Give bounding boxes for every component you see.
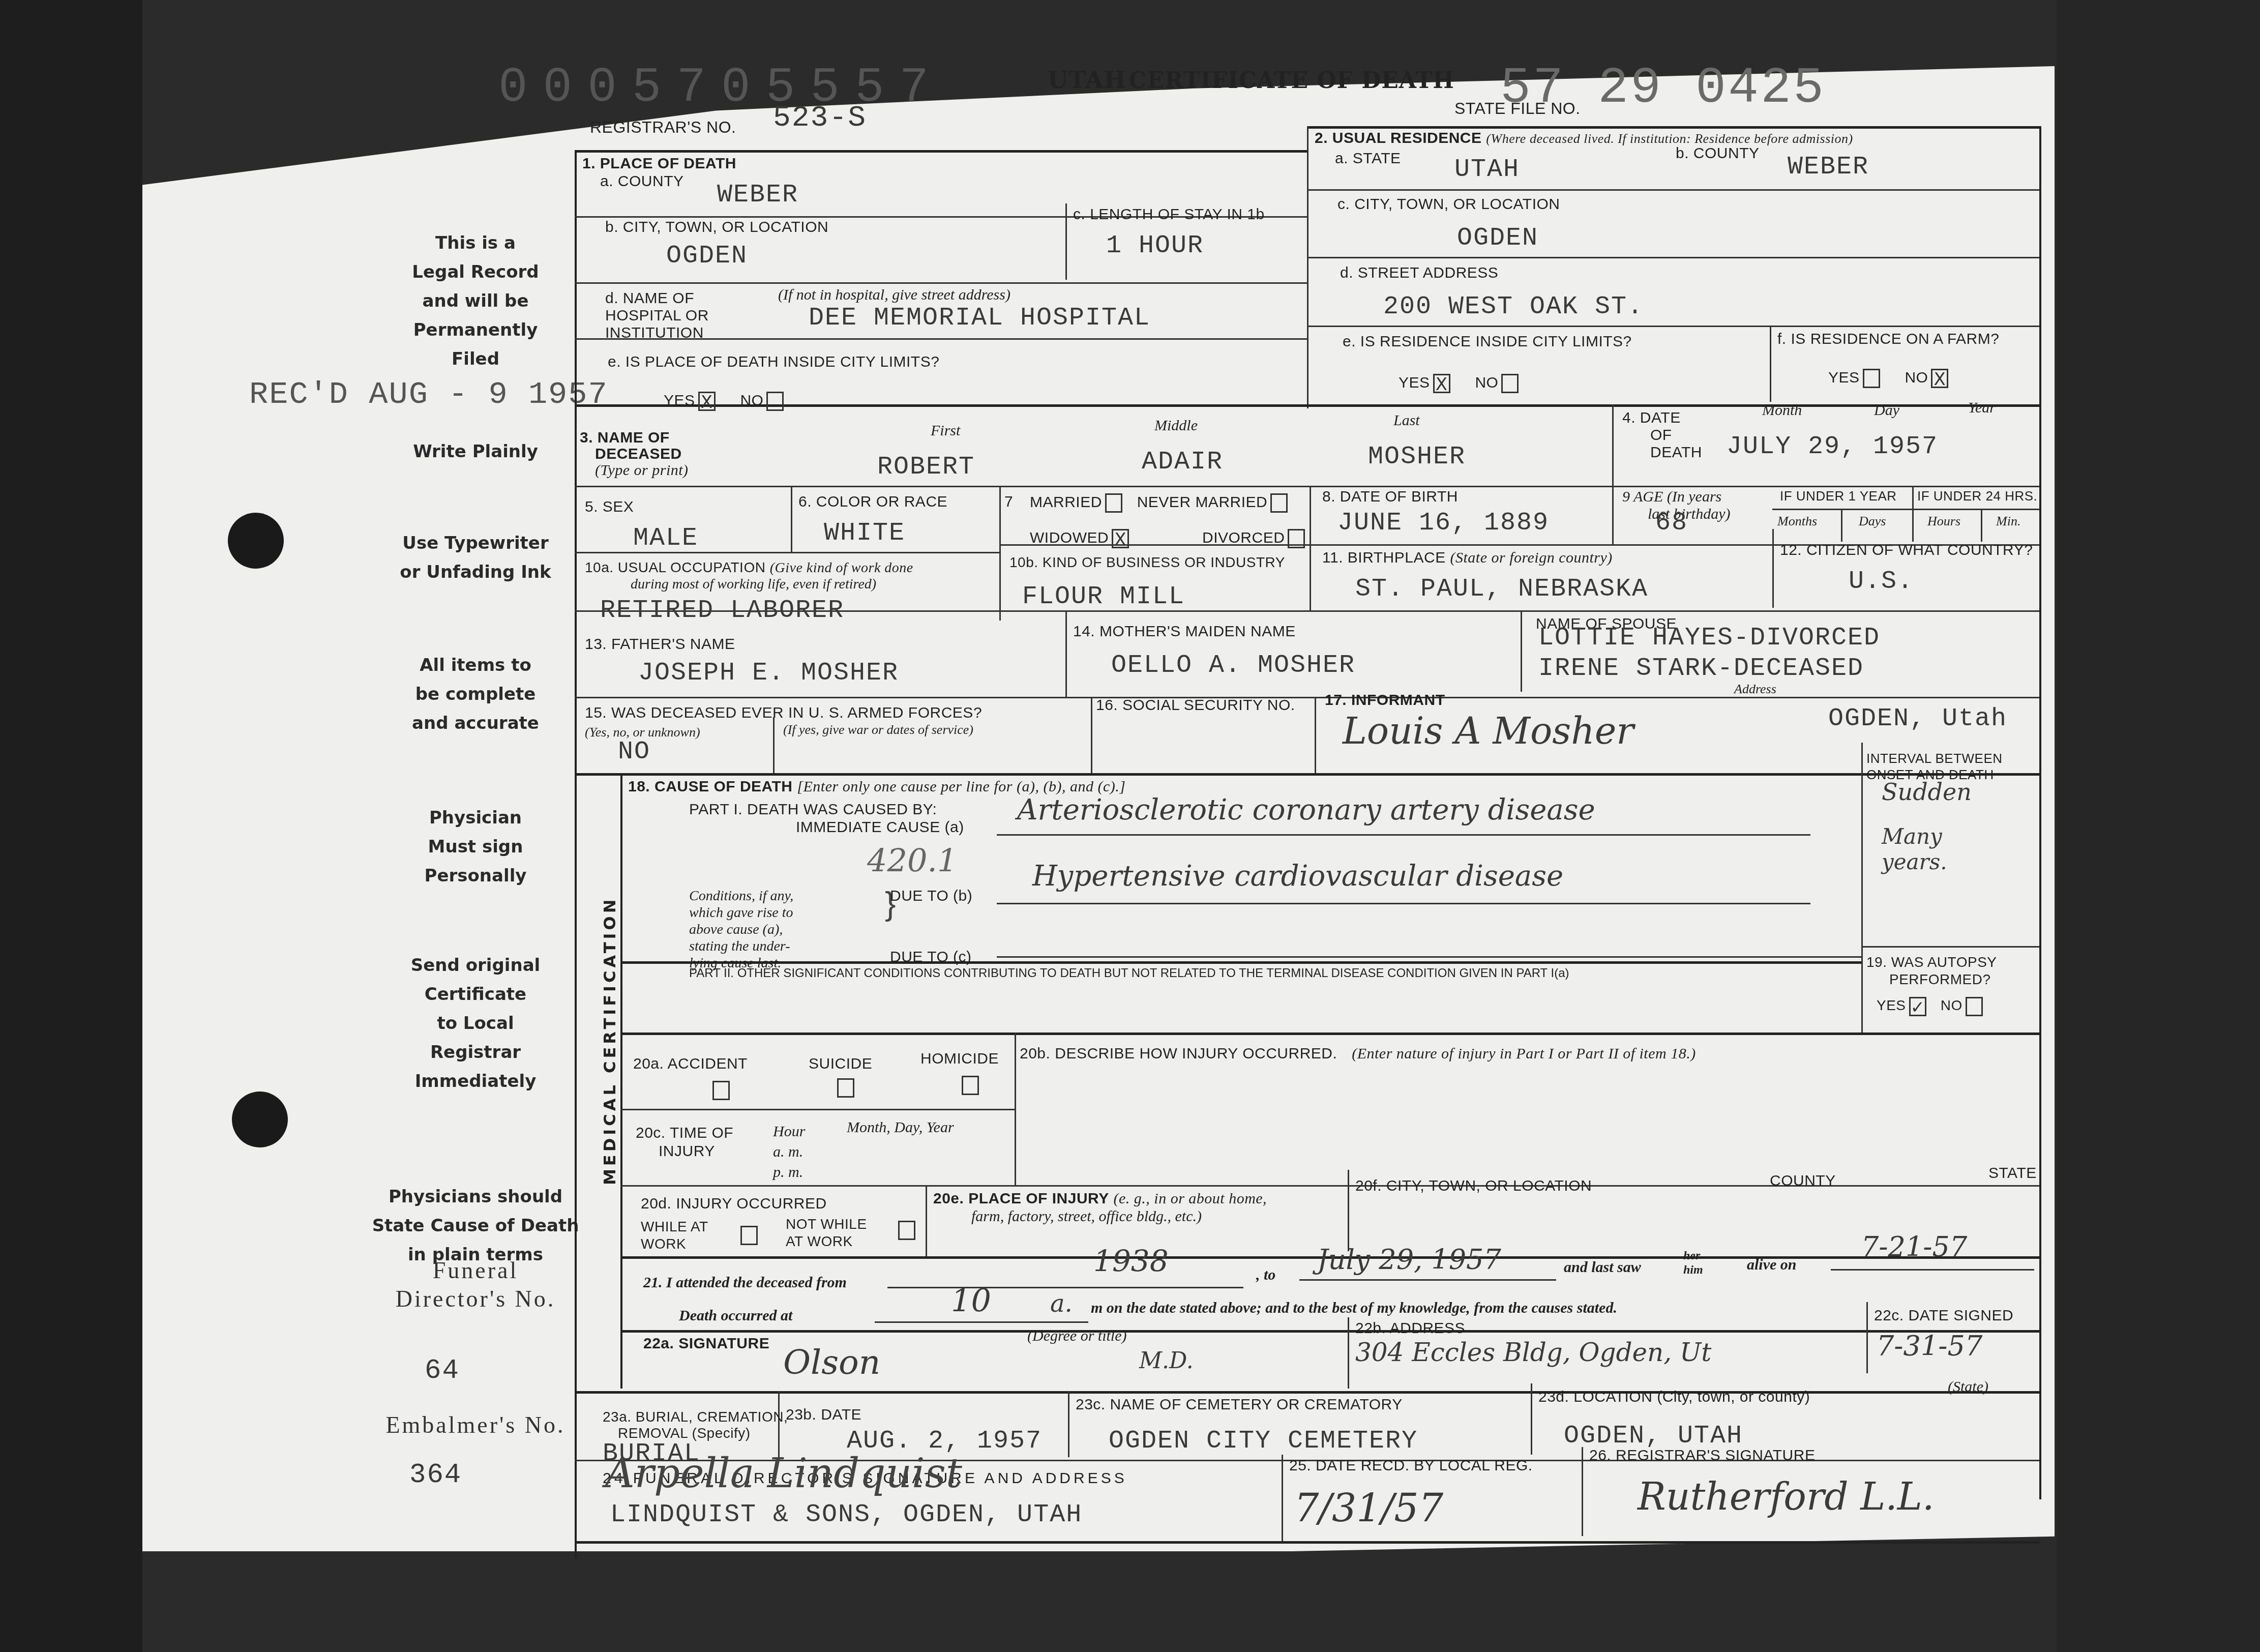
place-of-injury-hint-2: farm, factory, street, office bldg., etc… [971, 1208, 1202, 1225]
notice-complete: All items to be complete and accurate [359, 651, 592, 738]
year-label: Year [1968, 399, 1996, 417]
funeral-director-no-label: Funeral Director's No. [359, 1256, 592, 1313]
marital-widowed: WIDOWEDX DIVORCED [1030, 529, 1305, 548]
marital-married: MARRIED NEVER MARRIED [1030, 493, 1288, 513]
race-field[interactable]: WHITE [824, 519, 905, 548]
to-label: , to [1256, 1266, 1275, 1284]
divider [1065, 203, 1067, 280]
sex-label: 5. SEX [585, 498, 634, 516]
place-of-injury-label: 20e. PLACE OF INJURY [933, 1190, 1109, 1207]
form-top-border-right [1307, 126, 2039, 129]
industry-field[interactable]: FLOUR MILL [1022, 582, 1185, 611]
age-field[interactable]: 68 [1655, 509, 1688, 538]
hospital-label: d. NAME OF HOSPITAL OR INSTITUTION [605, 290, 709, 342]
birthplace-label-text: 11. BIRTHPLACE [1322, 549, 1446, 566]
usual-residence-header: 2. USUAL RESIDENCE (Where deceased lived… [1315, 130, 1853, 147]
divider [1981, 509, 1982, 542]
hint-line: stating the under- [689, 938, 793, 955]
ssn-label: 16. SOCIAL SECURITY NO. [1096, 697, 1295, 714]
mother-label: 14. MOTHER'S MAIDEN NAME [1073, 623, 1296, 640]
time-of-injury-label: 20c. TIME OF INJURY [636, 1124, 733, 1161]
cemetery-label: 23c. NAME OF CEMETERY OR CREMATORY [1076, 1396, 1403, 1413]
notice-line: Permanently [359, 316, 592, 345]
title-state: UTAH [1048, 66, 1126, 94]
date-of-death-label: 4. DATE OF DEATH [1622, 409, 1702, 461]
married-label: MARRIED [1030, 494, 1102, 511]
divider [926, 1185, 927, 1256]
funeral-director-signature[interactable]: Arpella Lindquist [605, 1450, 962, 1497]
street-address-label: d. STREET ADDRESS [1340, 264, 1498, 282]
yes-label: YES [1399, 374, 1430, 391]
armed-forces-field[interactable]: NO [618, 737, 650, 766]
divider [1772, 486, 2039, 487]
form-right-border [2039, 126, 2041, 1499]
pronoun-her[interactable]: her [1683, 1249, 1703, 1263]
injury-state-label: STATE [1988, 1165, 2037, 1182]
describe-injury-hint: (Enter nature of injury in Part I or Par… [1352, 1045, 1696, 1062]
first-name-label: First [931, 422, 960, 439]
informant-address-label: Address [1734, 682, 1776, 697]
medical-inner-border [620, 773, 622, 1389]
attended-label: 21. I attended the deceased from [643, 1274, 847, 1291]
form-bottom-border [575, 1541, 2039, 1544]
section-divider [575, 404, 2039, 407]
yes-label: YES [664, 392, 695, 409]
not-while-at-work-label: NOT WHILE AT WORK [786, 1216, 867, 1250]
date-signed-field[interactable]: 7-31-57 [1877, 1330, 1982, 1362]
city-label: b. CITY, TOWN, OR LOCATION [605, 219, 828, 236]
first-name-field[interactable]: ROBERT [877, 453, 975, 482]
death-county-field[interactable]: WEBER [717, 181, 798, 210]
residence-state-field[interactable]: UTAH [1454, 155, 1520, 184]
autopsy-label: 19. WAS AUTOPSY PERFORMED? [1866, 954, 1997, 988]
cause-of-death-header: 18. CAUSE OF DEATH [Enter only one cause… [628, 778, 1125, 795]
divider [575, 282, 1307, 284]
length-of-stay-field[interactable]: 1 HOUR [1106, 231, 1204, 260]
injury-occurred-label: 20d. INJURY OCCURRED [641, 1195, 827, 1213]
residence-inside-limits-options: YESX NO [1399, 374, 1519, 393]
farm-yes-checkbox[interactable] [1863, 369, 1880, 388]
last-name-field[interactable]: MOSHER [1368, 442, 1466, 471]
occupation-hint: (Give kind of work done [770, 560, 913, 576]
residence-county-label: b. COUNTY [1676, 145, 1760, 162]
race-label: 6. COLOR OR RACE [798, 493, 947, 511]
notice-physician-sign: Physician Must sign Personally [359, 804, 592, 891]
attended-to-line [1299, 1279, 1556, 1281]
deceased-name-label: 3. NAME OF DECEASED (Type or print) [580, 430, 689, 479]
month-label: Month [1762, 402, 1802, 419]
embalmer-no-label: Embalmer's No. [359, 1411, 592, 1438]
death-inside-limits-label: e. IS PLACE OF DEATH INSIDE CITY LIMITS? [608, 353, 939, 371]
due-to-c-label: DUE TO (c) [890, 949, 972, 966]
birthplace-field[interactable]: ST. PAUL, NEBRASKA [1355, 575, 1648, 604]
death-time-field[interactable]: 10 [951, 1282, 991, 1319]
notice-legal-record: This is a Legal Record and will be Perma… [359, 229, 592, 374]
min-label: Min. [1996, 514, 2020, 529]
mother-field[interactable]: OELLO A. MOSHER [1111, 651, 1355, 680]
divider [1912, 486, 1914, 542]
death-inside-limits-yes-checkbox[interactable]: X [698, 392, 716, 411]
divider [1068, 1391, 1069, 1457]
hint-line: Conditions, if any, [689, 888, 793, 904]
scan-background-left [0, 0, 142, 1652]
divorced-checkbox[interactable] [1288, 529, 1305, 548]
label-line: 23a. BURIAL, CREMATION, [603, 1409, 788, 1425]
form-left-border [575, 150, 577, 1559]
residence-county-field[interactable]: WEBER [1788, 153, 1869, 182]
place-of-death-label: 1. PLACE OF DEATH [582, 155, 736, 172]
alive-on-label: alive on [1747, 1256, 1797, 1274]
notice-line: Physicians should [359, 1183, 592, 1212]
due-to-b-label: DUE TO (b) [890, 888, 972, 905]
divider [999, 486, 1001, 621]
divider [620, 961, 1861, 964]
label-line: WHILE AT [641, 1218, 708, 1235]
divider [1772, 509, 2039, 510]
title-text: CERTIFICATE OF DEATH [1128, 68, 1454, 94]
autopsy-yes-checkbox[interactable]: ✓ [1909, 997, 1926, 1016]
last-saw-label: and last saw [1564, 1259, 1641, 1276]
label-line: 4. DATE [1622, 409, 1702, 427]
funeral-director-no: 64 [425, 1355, 460, 1386]
usual-residence-hint: (Where deceased lived. If institution: R… [1486, 131, 1853, 146]
label-line: INJURY [636, 1142, 733, 1161]
suicide-label: SUICIDE [809, 1055, 872, 1073]
immediate-cause-line [997, 834, 1810, 836]
section-divider [575, 773, 2039, 776]
state-file-label: STATE FILE NO. [1454, 99, 1581, 118]
months-label: Months [1777, 514, 1817, 529]
never-married-label: NEVER MARRIED [1137, 494, 1268, 511]
hour-label: Hour [773, 1122, 805, 1142]
punch-hole-upper [228, 513, 284, 569]
label-line: HOSPITAL OR [605, 307, 709, 324]
serial-number: 0005705557 [498, 60, 944, 115]
while-at-work-label: WHILE AT WORK [641, 1218, 708, 1253]
divider [1582, 1447, 1583, 1536]
divider [1307, 126, 1309, 408]
divider [1772, 529, 1774, 608]
never-married-checkbox[interactable] [1270, 493, 1288, 513]
sex-field[interactable]: MALE [633, 524, 698, 553]
burial-location-header: 23d. LOCATION (City, town, or county) [1538, 1389, 1810, 1406]
birthplace-hint: (State or foreign country) [1450, 549, 1613, 566]
citizen-label: 12. CITIZEN OF WHAT COUNTRY? [1780, 542, 2033, 559]
notice-line: Physician [359, 804, 592, 833]
divider [1315, 697, 1316, 773]
registrar-signature[interactable]: Rutherford L.L. [1638, 1475, 1934, 1519]
dob-field[interactable]: JUNE 16, 1889 [1337, 509, 1549, 538]
notice-line: Use Typewriter [359, 529, 592, 558]
notice-line: Immediately [359, 1067, 592, 1096]
middle-name-field[interactable]: ADAIR [1142, 448, 1223, 477]
residence-city-field[interactable]: OGDEN [1457, 224, 1538, 253]
citizen-field[interactable]: U.S. [1849, 567, 1914, 596]
date-recd-field[interactable]: 7/31/57 [1294, 1485, 1443, 1530]
divider [1866, 1302, 1868, 1373]
notice-line: to Local [359, 1009, 592, 1038]
residence-state-label: a. STATE [1335, 150, 1401, 167]
label-line: Funeral [359, 1256, 592, 1285]
pm-label: p. m. [773, 1162, 805, 1183]
notice-line: or Unfading Ink [359, 558, 592, 587]
autopsy-options: YES✓ NO [1877, 997, 1983, 1016]
spouse-field[interactable]: LOTTIE HAYES-DIVORCED IRENE STARK-DECEAS… [1538, 623, 1880, 684]
notice-line: and accurate [359, 709, 592, 738]
label-line: d. NAME OF [605, 290, 709, 307]
marital-status-number: 7 [1004, 493, 1013, 511]
divider [1282, 1455, 1283, 1541]
attended-to-field[interactable]: July 29, 1957 [1317, 1244, 1501, 1276]
residence-inside-limits-no-checkbox[interactable] [1501, 374, 1519, 393]
notice-line: Legal Record [359, 258, 592, 287]
under-1yr-label: IF UNDER 1 YEAR [1780, 488, 1897, 504]
hospital-hint: (If not in hospital, give street address… [778, 286, 1010, 304]
divider [1861, 946, 2039, 948]
widowed-checkbox[interactable]: X [1112, 529, 1129, 548]
label-line: DECEASED [580, 446, 689, 462]
occupation-label: 10a. USUAL OCCUPATION (Give kind of work… [585, 559, 913, 576]
farm-no-checkbox[interactable]: X [1931, 369, 1948, 388]
hour-label-group: Hour a. m. p. m. [773, 1122, 805, 1183]
street-address-field[interactable]: 200 WEST OAK ST. [1383, 292, 1644, 321]
notice-line: Must sign [359, 833, 592, 862]
conditions-hint: Conditions, if any, which gave rise to a… [689, 888, 793, 971]
no-label: NO [1905, 369, 1928, 386]
date-recd-label: 25. DATE RECD. BY LOCAL REG. [1289, 1457, 1533, 1474]
label-line: 3. NAME OF [580, 430, 689, 446]
punch-hole-lower [232, 1091, 288, 1147]
no-label: NO [740, 392, 763, 409]
cause-of-death-label: 18. CAUSE OF DEATH [628, 778, 793, 795]
section-divider [620, 1032, 2039, 1035]
divider [791, 486, 792, 552]
cemetery-field[interactable]: OGDEN CITY CEMETERY [1109, 1427, 1418, 1456]
divider [1770, 326, 1771, 402]
degree-field[interactable]: M.D. [1139, 1348, 1194, 1374]
mdy-label: Month, Day, Year [847, 1119, 954, 1136]
no-label: NO [1941, 997, 1962, 1013]
received-stamp: REC'D AUG - 9 1957 [249, 376, 608, 412]
death-time-line [875, 1321, 1088, 1323]
physician-address-field[interactable]: 304 Eccles Bldg, Ogden, Ut [1355, 1338, 1711, 1367]
burial-location-field[interactable]: OGDEN, UTAH [1564, 1422, 1743, 1451]
burial-date-label: 23b. DATE [786, 1406, 861, 1424]
cause-of-death-hint: [Enter only one cause per line for (a), … [797, 778, 1125, 795]
divider [1531, 1383, 1532, 1455]
divider [1307, 257, 2039, 258]
label-line: NOT WHILE [786, 1216, 867, 1233]
label-line: WORK [641, 1235, 708, 1253]
informant-signature[interactable]: Louis A Mosher [1343, 710, 1634, 752]
death-ampm-field[interactable]: a. [1050, 1289, 1073, 1318]
embalmer-no: 364 [409, 1460, 462, 1491]
occupation-hint-2: during most of working life, even if ret… [631, 576, 876, 593]
label-line: Director's No. [359, 1285, 592, 1313]
divider [1348, 1317, 1349, 1389]
day-label: Day [1874, 402, 1899, 419]
farm-label: f. IS RESIDENCE ON A FARM? [1777, 331, 1999, 348]
homicide-label: HOMICIDE [920, 1050, 999, 1068]
middle-name-label: Middle [1154, 417, 1198, 434]
degree-label: (Degree or title) [1027, 1327, 1126, 1345]
informant-label: 17. INFORMANT [1325, 692, 1445, 709]
attended-from-line [887, 1287, 1243, 1288]
part1-label: PART I. DEATH WAS CAUSED BY: [689, 801, 937, 818]
father-label: 13. FATHER'S NAME [585, 636, 735, 653]
autopsy-no-checkbox[interactable] [1966, 997, 1983, 1016]
interval-a-field[interactable]: Sudden [1882, 778, 1972, 806]
label-line: 20c. TIME OF [636, 1124, 733, 1142]
date-of-death-field[interactable]: JULY 29, 1957 [1727, 432, 1938, 461]
due-to-c-line [997, 956, 1861, 958]
alive-on-field[interactable]: 7-21-57 [1861, 1231, 1967, 1263]
certificate-title: UTAH CERTIFICATE OF DEATH [1048, 66, 1454, 94]
signature-label: 22a. SIGNATURE [643, 1335, 769, 1352]
attended-from-field[interactable]: 1938 [1093, 1244, 1169, 1278]
label-line: DEATH [1622, 444, 1702, 461]
due-to-b-line [997, 903, 1810, 904]
label-line: (Type or print) [580, 462, 689, 479]
date-signed-label: 22c. DATE SIGNED [1874, 1307, 2013, 1324]
industry-label: 10b. KIND OF BUSINESS OR INDUSTRY [1009, 554, 1285, 571]
widowed-label: WIDOWED [1030, 529, 1109, 546]
immediate-cause-field[interactable]: Arteriosclerotic coronary artery disease [1017, 793, 1595, 827]
usual-residence-label: 2. USUAL RESIDENCE [1315, 130, 1482, 146]
hours-label: Hours [1927, 514, 1960, 529]
notice-line: and will be [359, 287, 592, 316]
residence-inside-limits-yes-checkbox[interactable]: X [1433, 374, 1450, 393]
divider [1348, 1170, 1349, 1251]
divider [1841, 509, 1842, 542]
burial-state-label: (State) [1948, 1378, 1988, 1396]
notice-line: This is a [359, 229, 592, 258]
section-divider [620, 1330, 2039, 1333]
label-line: INSTITUTION [605, 324, 709, 342]
due-to-b-field[interactable]: Hypertensive cardiovascular disease [1032, 860, 1563, 893]
alive-on-line [1831, 1269, 2034, 1271]
label-line: 9 AGE (In years [1622, 488, 1731, 506]
residence-city-label: c. CITY, TOWN, OR LOCATION [1337, 196, 1560, 213]
no-label: NO [1475, 374, 1498, 391]
injury-county-label: COUNTY [1770, 1172, 1836, 1190]
divider [1612, 404, 1614, 544]
divider [620, 1109, 1015, 1110]
notice-write-plainly: Write Plainly [359, 437, 592, 466]
pronoun-him[interactable]: him [1683, 1263, 1703, 1277]
yes-label: YES [1828, 369, 1860, 386]
informant-address-field[interactable]: OGDEN, Utah [1828, 704, 2007, 733]
physician-signature[interactable]: Olson [783, 1343, 880, 1382]
spouse-entry: IRENE STARK-DECEASED [1538, 654, 1880, 684]
spouse-entry: LOTTIE HAYES-DIVORCED [1538, 623, 1880, 654]
scan-background-right [2057, 0, 2260, 1652]
accident-checkbox[interactable] [712, 1081, 730, 1100]
birthplace-label: 11. BIRTHPLACE (State or foreign country… [1322, 549, 1613, 567]
homicide-checkbox[interactable] [962, 1076, 979, 1095]
form-top-border-left [575, 150, 1307, 153]
notice-send-original: Send original Certificate to Local Regis… [359, 951, 592, 1096]
part2-label: PART II. OTHER SIGNIFICANT CONDITIONS CO… [689, 966, 1569, 981]
registrar-signature-label: 26. REGISTRAR'S SIGNATURE [1589, 1447, 1815, 1464]
divider [1307, 189, 2039, 191]
notice-line: All items to [359, 651, 592, 680]
divider [1065, 610, 1067, 697]
farm-options: YES NOX [1828, 369, 1948, 388]
hint-line: above cause (a), [689, 921, 793, 938]
notice-line: Personally [359, 862, 592, 891]
notice-line: Send original [359, 951, 592, 980]
notice-line: be complete [359, 680, 592, 709]
death-inside-limits-options: YESX NO [664, 392, 784, 411]
interval-b-field[interactable]: Many years. [1882, 824, 1973, 875]
notice-line: Certificate [359, 980, 592, 1009]
medical-certification-label: MEDICAL CERTIFICATION [600, 897, 619, 1185]
days-label: Days [1859, 514, 1886, 529]
burial-location-label: 23d. LOCATION (City, town, or county) [1538, 1389, 1810, 1405]
injury-city-label: 20f. CITY, TOWN, OR LOCATION [1355, 1177, 1592, 1195]
section-divider [575, 1391, 2039, 1394]
label-line: 19. WAS AUTOPSY [1866, 954, 1997, 971]
father-field[interactable]: JOSEPH E. MOSHER [638, 659, 899, 688]
hospital-field[interactable]: DEE MEMORIAL HOSPITAL [809, 304, 1150, 333]
describe-injury-label: 20b. DESCRIBE HOW INJURY OCCURRED. [1020, 1045, 1337, 1062]
notice-line: Registrar [359, 1038, 592, 1067]
registrars-no: 523-S [773, 102, 867, 135]
accident-label: 20a. ACCIDENT [633, 1055, 748, 1073]
occupation-field[interactable]: RETIRED LABORER [600, 596, 844, 625]
divider [575, 697, 2039, 698]
address-22b-label: 22b. ADDRESS [1355, 1320, 1465, 1337]
label-line: AT WORK [786, 1233, 867, 1250]
place-of-injury-header: 20e. PLACE OF INJURY (e. g., in or about… [933, 1190, 1267, 1207]
divider [1861, 743, 1863, 1032]
while-at-work-checkbox[interactable] [740, 1226, 758, 1245]
county-label: a. COUNTY [600, 173, 684, 190]
divider [1521, 610, 1522, 692]
death-city-field[interactable]: OGDEN [666, 242, 748, 271]
yes-label: YES [1877, 997, 1906, 1013]
armed-forces-hint-2: (If yes, give war or dates of service) [783, 722, 973, 737]
describe-injury-field[interactable] [1022, 1068, 2034, 1180]
describe-injury-header: 20b. DESCRIBE HOW INJURY OCCURRED. (Ente… [1020, 1045, 1696, 1063]
notice-line: State Cause of Death [359, 1212, 592, 1241]
label-line: INTERVAL BETWEEN [1866, 750, 2003, 766]
label-line: OF [1622, 427, 1702, 444]
occupation-label-text: 10a. USUAL OCCUPATION [585, 559, 765, 575]
place-of-injury-hint: (e. g., in or about home, [1113, 1190, 1267, 1207]
label-line: PERFORMED? [1866, 971, 1997, 988]
death-occurred-label: Death occurred at [679, 1307, 792, 1324]
residence-inside-limits-label: e. IS RESIDENCE INSIDE CITY LIMITS? [1343, 333, 1632, 350]
notice-typewriter: Use Typewriter or Unfading Ink [359, 529, 592, 587]
divider [773, 717, 775, 773]
immediate-cause-label: IMMEDIATE CAUSE (a) [796, 819, 964, 836]
death-inside-limits-no-checkbox[interactable] [766, 392, 784, 411]
hint-line: which gave rise to [689, 904, 793, 921]
not-while-at-work-checkbox[interactable] [898, 1221, 915, 1240]
armed-forces-label: 15. WAS DECEASED EVER IN U. S. ARMED FOR… [585, 704, 982, 722]
suicide-checkbox[interactable] [837, 1078, 854, 1098]
pronoun-options: her him [1683, 1249, 1703, 1277]
disposition-label: 23a. BURIAL, CREMATION, REMOVAL (Specify… [603, 1409, 788, 1441]
death-statement: m on the date stated above; and to the b… [1091, 1300, 1617, 1317]
am-label: a. m. [773, 1142, 805, 1162]
married-checkbox[interactable] [1105, 493, 1122, 513]
funeral-director-address[interactable]: LINDQUIST & SONS, OGDEN, UTAH [610, 1500, 1082, 1529]
length-of-stay-label: c. LENGTH OF STAY IN 1b [1073, 206, 1265, 223]
dob-label: 8. DATE OF BIRTH [1322, 488, 1458, 506]
